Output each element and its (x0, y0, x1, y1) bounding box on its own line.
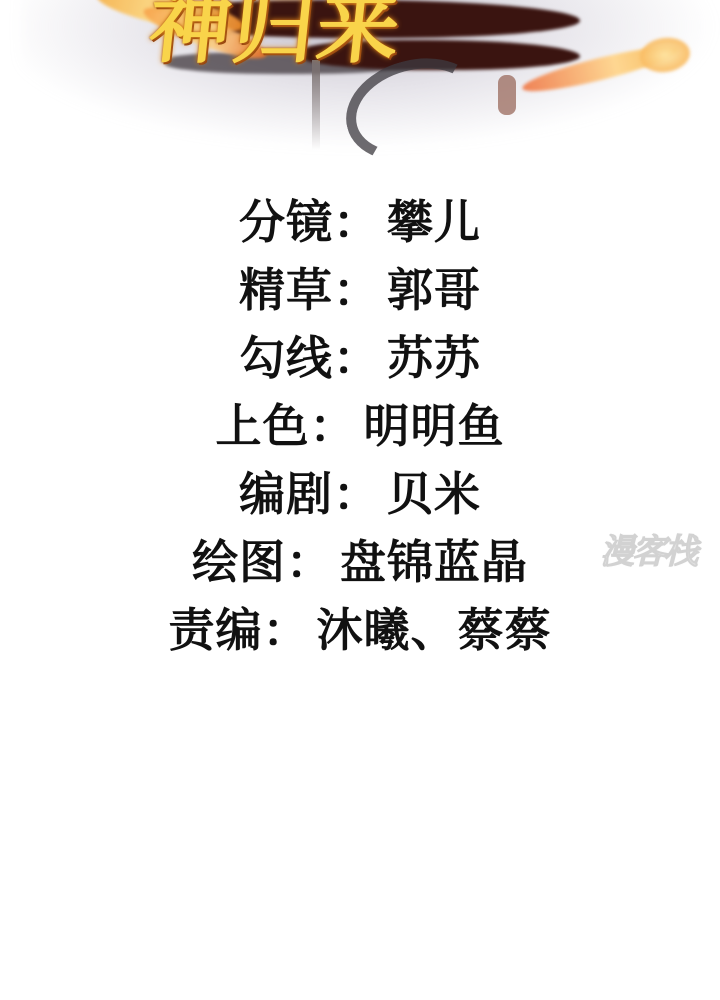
credit-role: 上色 (216, 399, 310, 453)
credit-separator: ： (333, 326, 387, 390)
credit-editor: 责编：沐曦、蔡蔡 (0, 598, 720, 666)
credit-coloring: 上色：明明鱼 (0, 394, 720, 462)
credit-name: 明明鱼 (364, 399, 505, 453)
credit-name: 郭哥 (387, 263, 481, 317)
credit-name: 苏苏 (387, 331, 481, 385)
staff-credits: 分镜：攀儿 精草：郭哥 勾线：苏苏 上色：明明鱼 编剧：贝米 绘图：盘锦蓝晶 责… (0, 190, 720, 666)
credit-name: 沐曦、蔡蔡 (317, 603, 552, 657)
credit-sketch: 精草：郭哥 (0, 258, 720, 326)
credit-role: 绘图 (192, 535, 286, 589)
credit-role: 勾线 (239, 331, 333, 385)
series-title-logo: 神归来 (144, 0, 408, 79)
credit-name: 贝米 (387, 467, 481, 521)
platform-watermark: 漫客栈 (600, 524, 696, 573)
credit-separator: ： (333, 258, 387, 322)
credit-separator: ： (333, 462, 387, 526)
credit-name: 攀儿 (387, 195, 481, 249)
credit-role: 责编 (169, 603, 263, 657)
credit-lineart: 勾线：苏苏 (0, 326, 720, 394)
title-banner: 神归来 (0, 0, 720, 160)
credit-storyboard: 分镜：攀儿 (0, 190, 720, 258)
credit-separator: ： (310, 394, 364, 458)
red-seal-stamp (498, 75, 516, 115)
credit-script: 编剧：贝米 (0, 462, 720, 530)
credit-separator: ： (333, 190, 387, 254)
credit-role: 编剧 (239, 467, 333, 521)
credit-role: 精草 (239, 263, 333, 317)
credit-name: 盘锦蓝晶 (340, 535, 528, 589)
credit-role: 分镜 (239, 195, 333, 249)
credit-separator: ： (286, 530, 340, 594)
credit-separator: ： (263, 598, 317, 662)
